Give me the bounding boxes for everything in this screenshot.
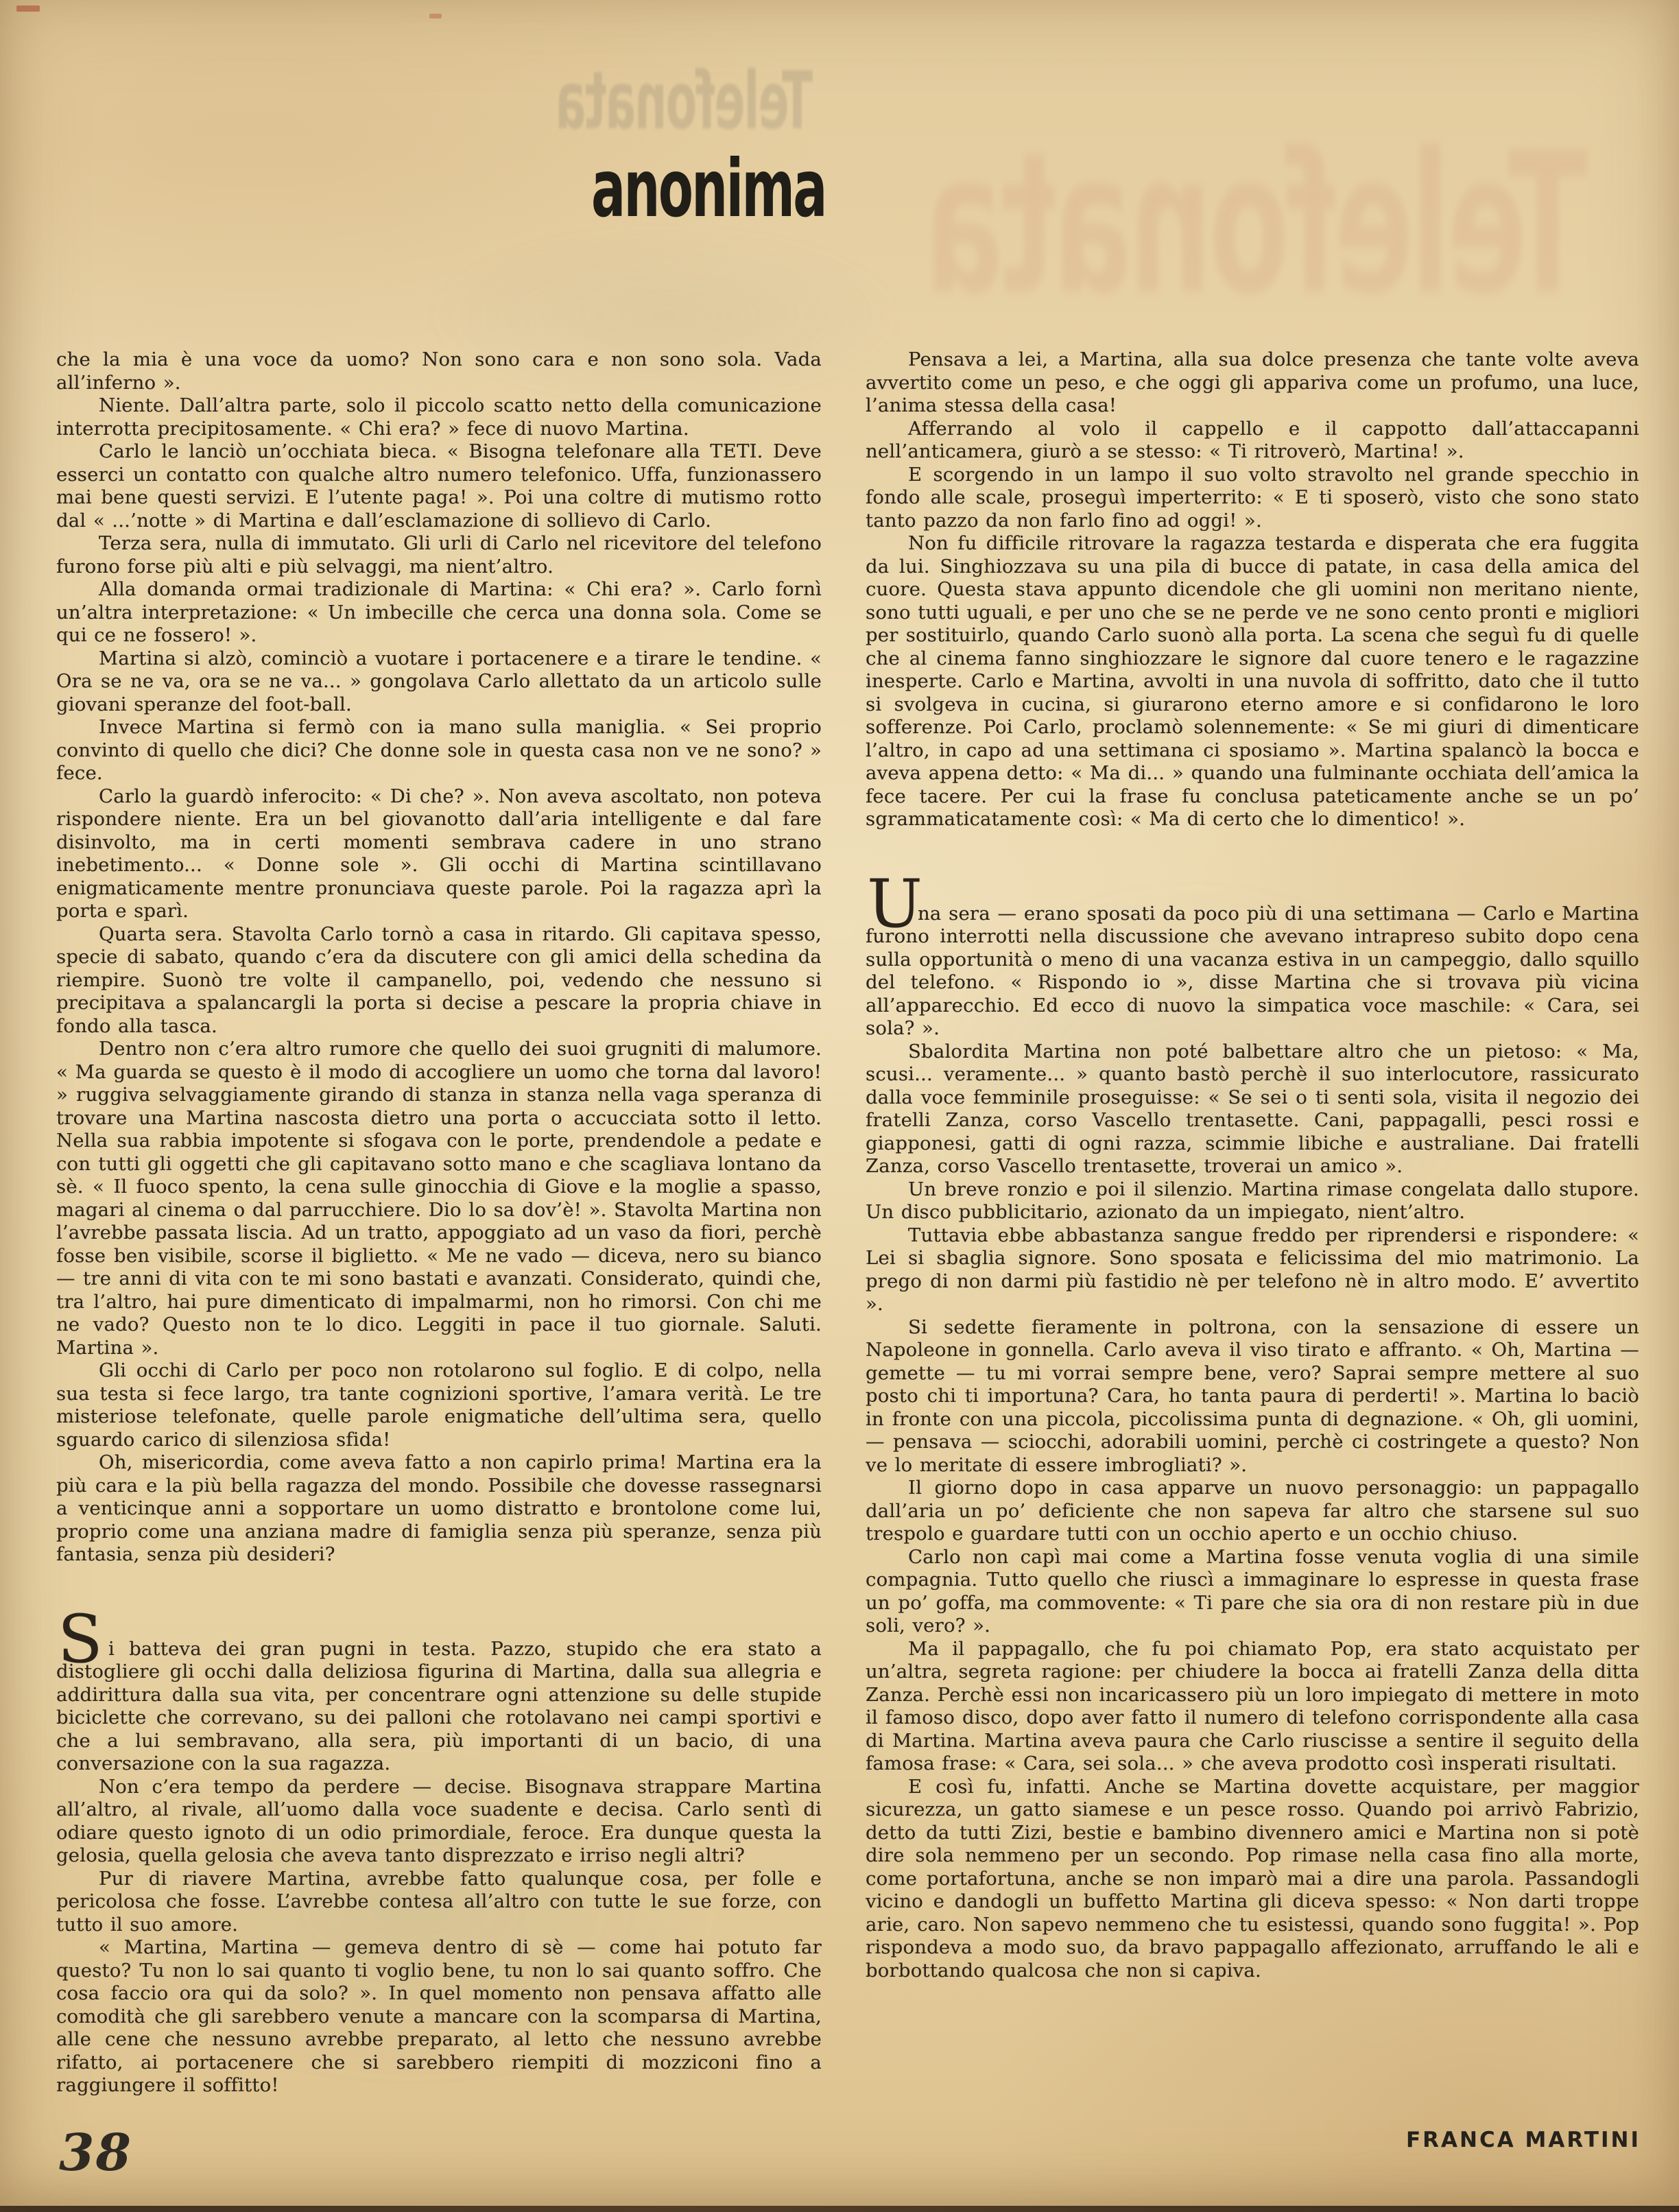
paragraph: Terza sera, nulla di immutato. Gli urli … — [56, 532, 822, 578]
paper-speck — [429, 14, 442, 19]
paragraph: E così fu, infatti. Anche se Martina dov… — [866, 1776, 1639, 1983]
scan-bottom-edge — [0, 2206, 1679, 2212]
paragraph: Niente. Dall’altra parte, solo il piccol… — [56, 394, 822, 440]
paragraph: Carlo non capì mai come a Martina fosse … — [866, 1546, 1639, 1638]
paragraph: Carlo la guardò inferocito: « Di che? ».… — [56, 785, 822, 923]
paragraph: Si batteva dei gran pugni in testa. Pazz… — [56, 1638, 822, 1776]
paragraph: Una sera — erano sposati da poco più di … — [866, 903, 1639, 1040]
paragraph: Non fu difficile ritrovare la ragazza te… — [866, 532, 1639, 831]
paragraph: Il giorno dopo in casa apparve un nuovo … — [866, 1477, 1639, 1546]
article-title: anonima — [591, 150, 826, 229]
paragraph: Ma il pappagallo, che fu poi chiamato Po… — [866, 1638, 1639, 1776]
paragraph: Sbalordita Martina non poté balbettare a… — [866, 1040, 1639, 1178]
text-column-right: Pensava a lei, a Martina, alla sua dolce… — [866, 348, 1639, 1982]
page-number: 38 — [59, 2124, 132, 2183]
paragraph: E scorgendo in un lampo il suo volto str… — [866, 464, 1639, 533]
paper-speck — [16, 5, 40, 12]
showthrough-title: Telefonata — [556, 62, 813, 141]
paragraph: che la mia è una voce da uomo? Non sono … — [56, 348, 822, 394]
paragraph: Si sedette fieramente in poltrona, con l… — [866, 1316, 1639, 1477]
text-column-left: che la mia è una voce da uomo? Non sono … — [56, 348, 822, 2097]
dropcap-letter: S — [58, 1606, 103, 1672]
paragraph: « Martina, Martina — gemeva dentro di sè… — [56, 1936, 822, 2097]
paragraph: Oh, misericordia, come aveva fatto a non… — [56, 1451, 822, 1567]
paragraph: Dentro non c’era altro rumore che quello… — [56, 1038, 822, 1359]
paragraph: Un breve ronzio e poi il silenzio. Marti… — [866, 1178, 1639, 1224]
author-byline: FRANCA MARTINI — [1406, 2128, 1641, 2152]
paragraph: Alla domanda ormai tradizionale di Marti… — [56, 578, 822, 647]
showthrough-red-title: Telefonata — [927, 127, 1588, 322]
dropcap-letter: U — [867, 871, 922, 937]
paragraph: Carlo le lanciò un’occhiata bieca. « Bis… — [56, 440, 822, 532]
paragraph: Gli occhi di Carlo per poco non rotolaro… — [56, 1359, 822, 1451]
paragraph: Martina si alzò, cominciò a vuotare i po… — [56, 647, 822, 717]
paragraph: Pensava a lei, a Martina, alla sua dolce… — [866, 348, 1639, 418]
paragraph: Invece Martina si fermò con ia mano sull… — [56, 716, 822, 785]
paragraph: Quarta sera. Stavolta Carlo tornò a casa… — [56, 923, 822, 1038]
paragraph: Afferrando al volo il cappello e il capp… — [866, 418, 1639, 464]
paragraph: Tuttavia ebbe abbastanza sangue freddo p… — [866, 1224, 1639, 1316]
paragraph: Non c’era tempo da perdere — decise. Bis… — [56, 1776, 822, 1868]
paragraph: Pur di riavere Martina, avrebbe fatto qu… — [56, 1868, 822, 1937]
